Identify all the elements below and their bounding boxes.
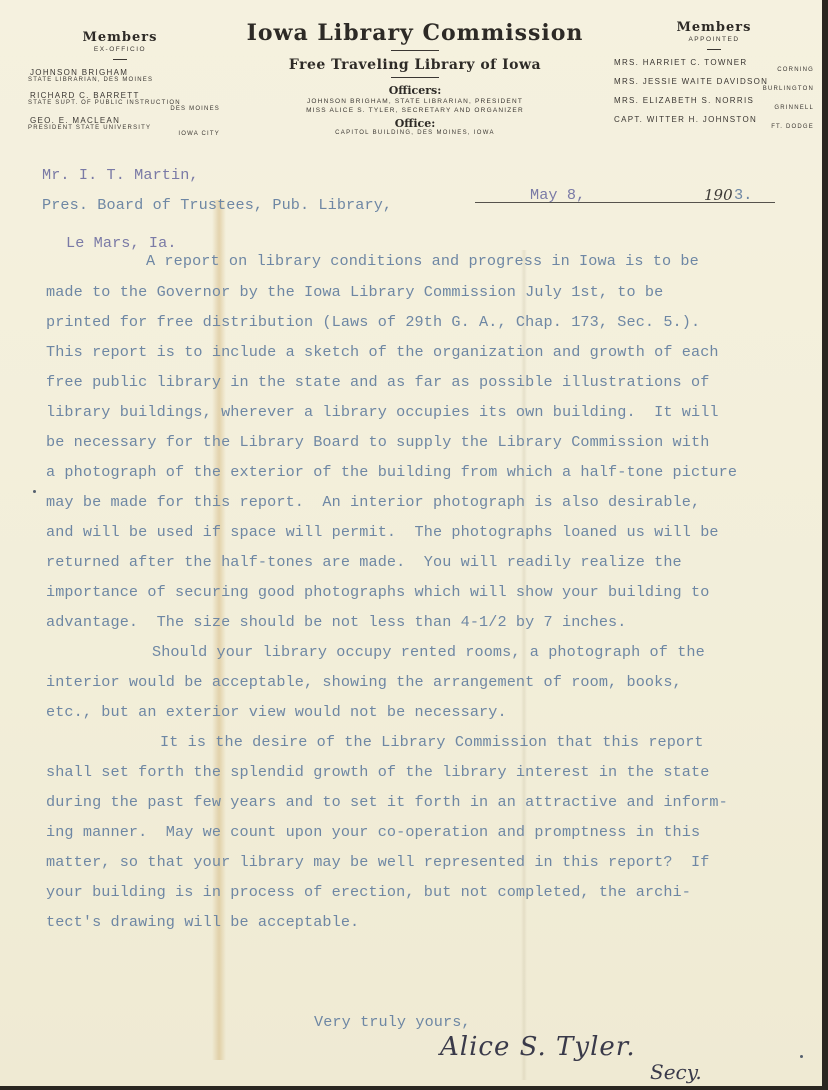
members-ex-officio: Members EX-OFFICIO JOHNSON BRIGHAM STATE…: [20, 30, 220, 137]
member-place: IOWA CITY: [20, 131, 220, 137]
member-name: RICHARD C. BARRETT: [30, 91, 220, 100]
member-role: STATE LIBRARIAN, DES MOINES: [28, 77, 220, 83]
member-place: DES MOINES: [20, 106, 220, 112]
date-year-prefix: 190: [704, 186, 733, 204]
members-appointed: Members APPOINTED MRS. HARRIET C. TOWNER…: [614, 20, 814, 130]
body-line: etc., but an exterior view would not be …: [46, 703, 507, 721]
member-name: JOHNSON BRIGHAM: [30, 68, 220, 77]
body-line: a photograph of the exterior of the buil…: [46, 463, 737, 481]
members-heading: Members: [20, 30, 220, 45]
body-line: A report on library conditions and progr…: [146, 252, 699, 270]
body-line: ing manner. May we count upon your co-op…: [46, 823, 700, 841]
body-line: during the past few years and to set it …: [46, 793, 728, 811]
body-line: your building is in process of erection,…: [46, 883, 691, 901]
letterhead-center: Iowa Library Commission Free Traveling L…: [240, 0, 590, 136]
officer-line: JOHNSON BRIGHAM, STATE LIBRARIAN, PRESID…: [240, 97, 590, 106]
body-line: free public library in the state and as …: [46, 373, 709, 391]
recipient-title: Pres. Board of Trustees, Pub. Library,: [42, 196, 392, 214]
divider: [707, 49, 721, 50]
body-line: may be made for this report. An interior…: [46, 493, 700, 511]
body-line: advantage. The size should be not less t…: [46, 613, 626, 631]
page-edge: [0, 1086, 828, 1090]
body-line: interior would be acceptable, showing th…: [46, 673, 682, 691]
office-heading: Office:: [240, 117, 590, 130]
divider: [391, 77, 439, 78]
organization-subtitle: Free Traveling Library of Iowa: [240, 57, 590, 73]
closing: Very truly yours,: [314, 1013, 471, 1031]
page-edge: [822, 0, 828, 1090]
member-place: GRINNELL: [614, 105, 814, 111]
members-subheading: EX-OFFICIO: [20, 46, 220, 53]
body-line: library buildings, wherever a library oc…: [46, 403, 719, 421]
body-line: This report is to include a sketch of th…: [46, 343, 719, 361]
body-line: printed for free distribution (Laws of 2…: [46, 313, 700, 331]
member-place: FT. DODGE: [614, 124, 814, 130]
body-line: tect's drawing will be acceptable.: [46, 913, 359, 931]
officer-line: MISS ALICE S. TYLER, SECRETARY AND ORGAN…: [240, 106, 590, 115]
date-text: May 8,: [530, 186, 585, 204]
recipient-name: Mr. I. T. Martin,: [42, 166, 199, 184]
divider: [113, 59, 127, 60]
member-name: MRS. HARRIET C. TOWNER: [614, 58, 814, 67]
body-line: importance of securing good photographs …: [46, 583, 709, 601]
member-name: MRS. JESSIE WAITE DAVIDSON: [614, 77, 814, 86]
member-place: BURLINGTON: [614, 86, 814, 92]
signature: Alice S. Tyler.: [440, 1032, 636, 1062]
member-name: CAPT. WITTER H. JOHNSTON: [614, 115, 814, 124]
member-name: GEO. E. MACLEAN: [30, 116, 220, 125]
members-heading: Members: [614, 20, 814, 35]
organization-title: Iowa Library Commission: [240, 20, 590, 46]
body-line: and will be used if space will permit. T…: [46, 523, 719, 541]
member-place: CORNING: [614, 67, 814, 73]
body-line: returned after the half-tones are made. …: [46, 553, 682, 571]
letter-page: Members EX-OFFICIO JOHNSON BRIGHAM STATE…: [0, 0, 822, 1086]
ink-spot: [800, 1055, 803, 1058]
body-line: It is the desire of the Library Commissi…: [160, 733, 704, 751]
body-line: made to the Governor by the Iowa Library…: [46, 283, 663, 301]
member-name: MRS. ELIZABETH S. NORRIS: [614, 96, 814, 105]
members-subheading: APPOINTED: [614, 36, 814, 43]
recipient-city: Le Mars, Ia.: [66, 234, 177, 252]
body-line: Should your library occupy rented rooms,…: [152, 643, 705, 661]
ink-spot: [33, 490, 36, 493]
officers-heading: Officers:: [240, 84, 590, 97]
signature-title: Secy.: [650, 1060, 702, 1084]
body-line: shall set forth the splendid growth of t…: [46, 763, 709, 781]
office-address: CAPITOL BUILDING, DES MOINES, IOWA: [240, 130, 590, 136]
date-year-suffix: 3.: [734, 186, 752, 204]
body-line: matter, so that your library may be well…: [46, 853, 709, 871]
divider: [391, 50, 439, 51]
body-line: be necessary for the Library Board to su…: [46, 433, 709, 451]
